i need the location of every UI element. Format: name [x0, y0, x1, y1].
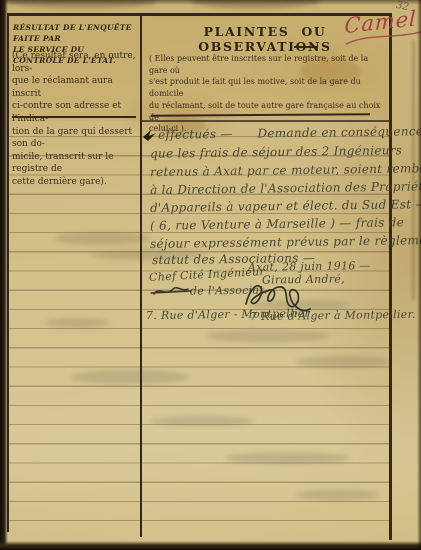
role-signature-flourish-icon	[150, 283, 194, 303]
frame-right-border	[389, 13, 392, 540]
frame-left-border	[7, 13, 9, 532]
entry-dateline: Axat, 28 juin 1916 —	[248, 259, 371, 274]
red-ink-name: Camel	[339, 2, 421, 57]
scanned-register-page: RÉSULTAT DE L'ENQUÊTE FAITE PAR LE SERVI…	[0, 0, 421, 550]
frame-top-border	[7, 13, 390, 16]
right-column-note: ( Elles peuvent être inscrites sur le re…	[149, 53, 383, 135]
ink-mark	[141, 127, 157, 146]
address-right: 7 Rue d'Alger à Montpellier.	[250, 308, 416, 323]
left-column-note: (Ce résultat sera, en outre, lors- que l…	[12, 50, 139, 189]
column-divider-line	[140, 13, 142, 537]
red-ink-flourish-icon	[339, 0, 421, 56]
